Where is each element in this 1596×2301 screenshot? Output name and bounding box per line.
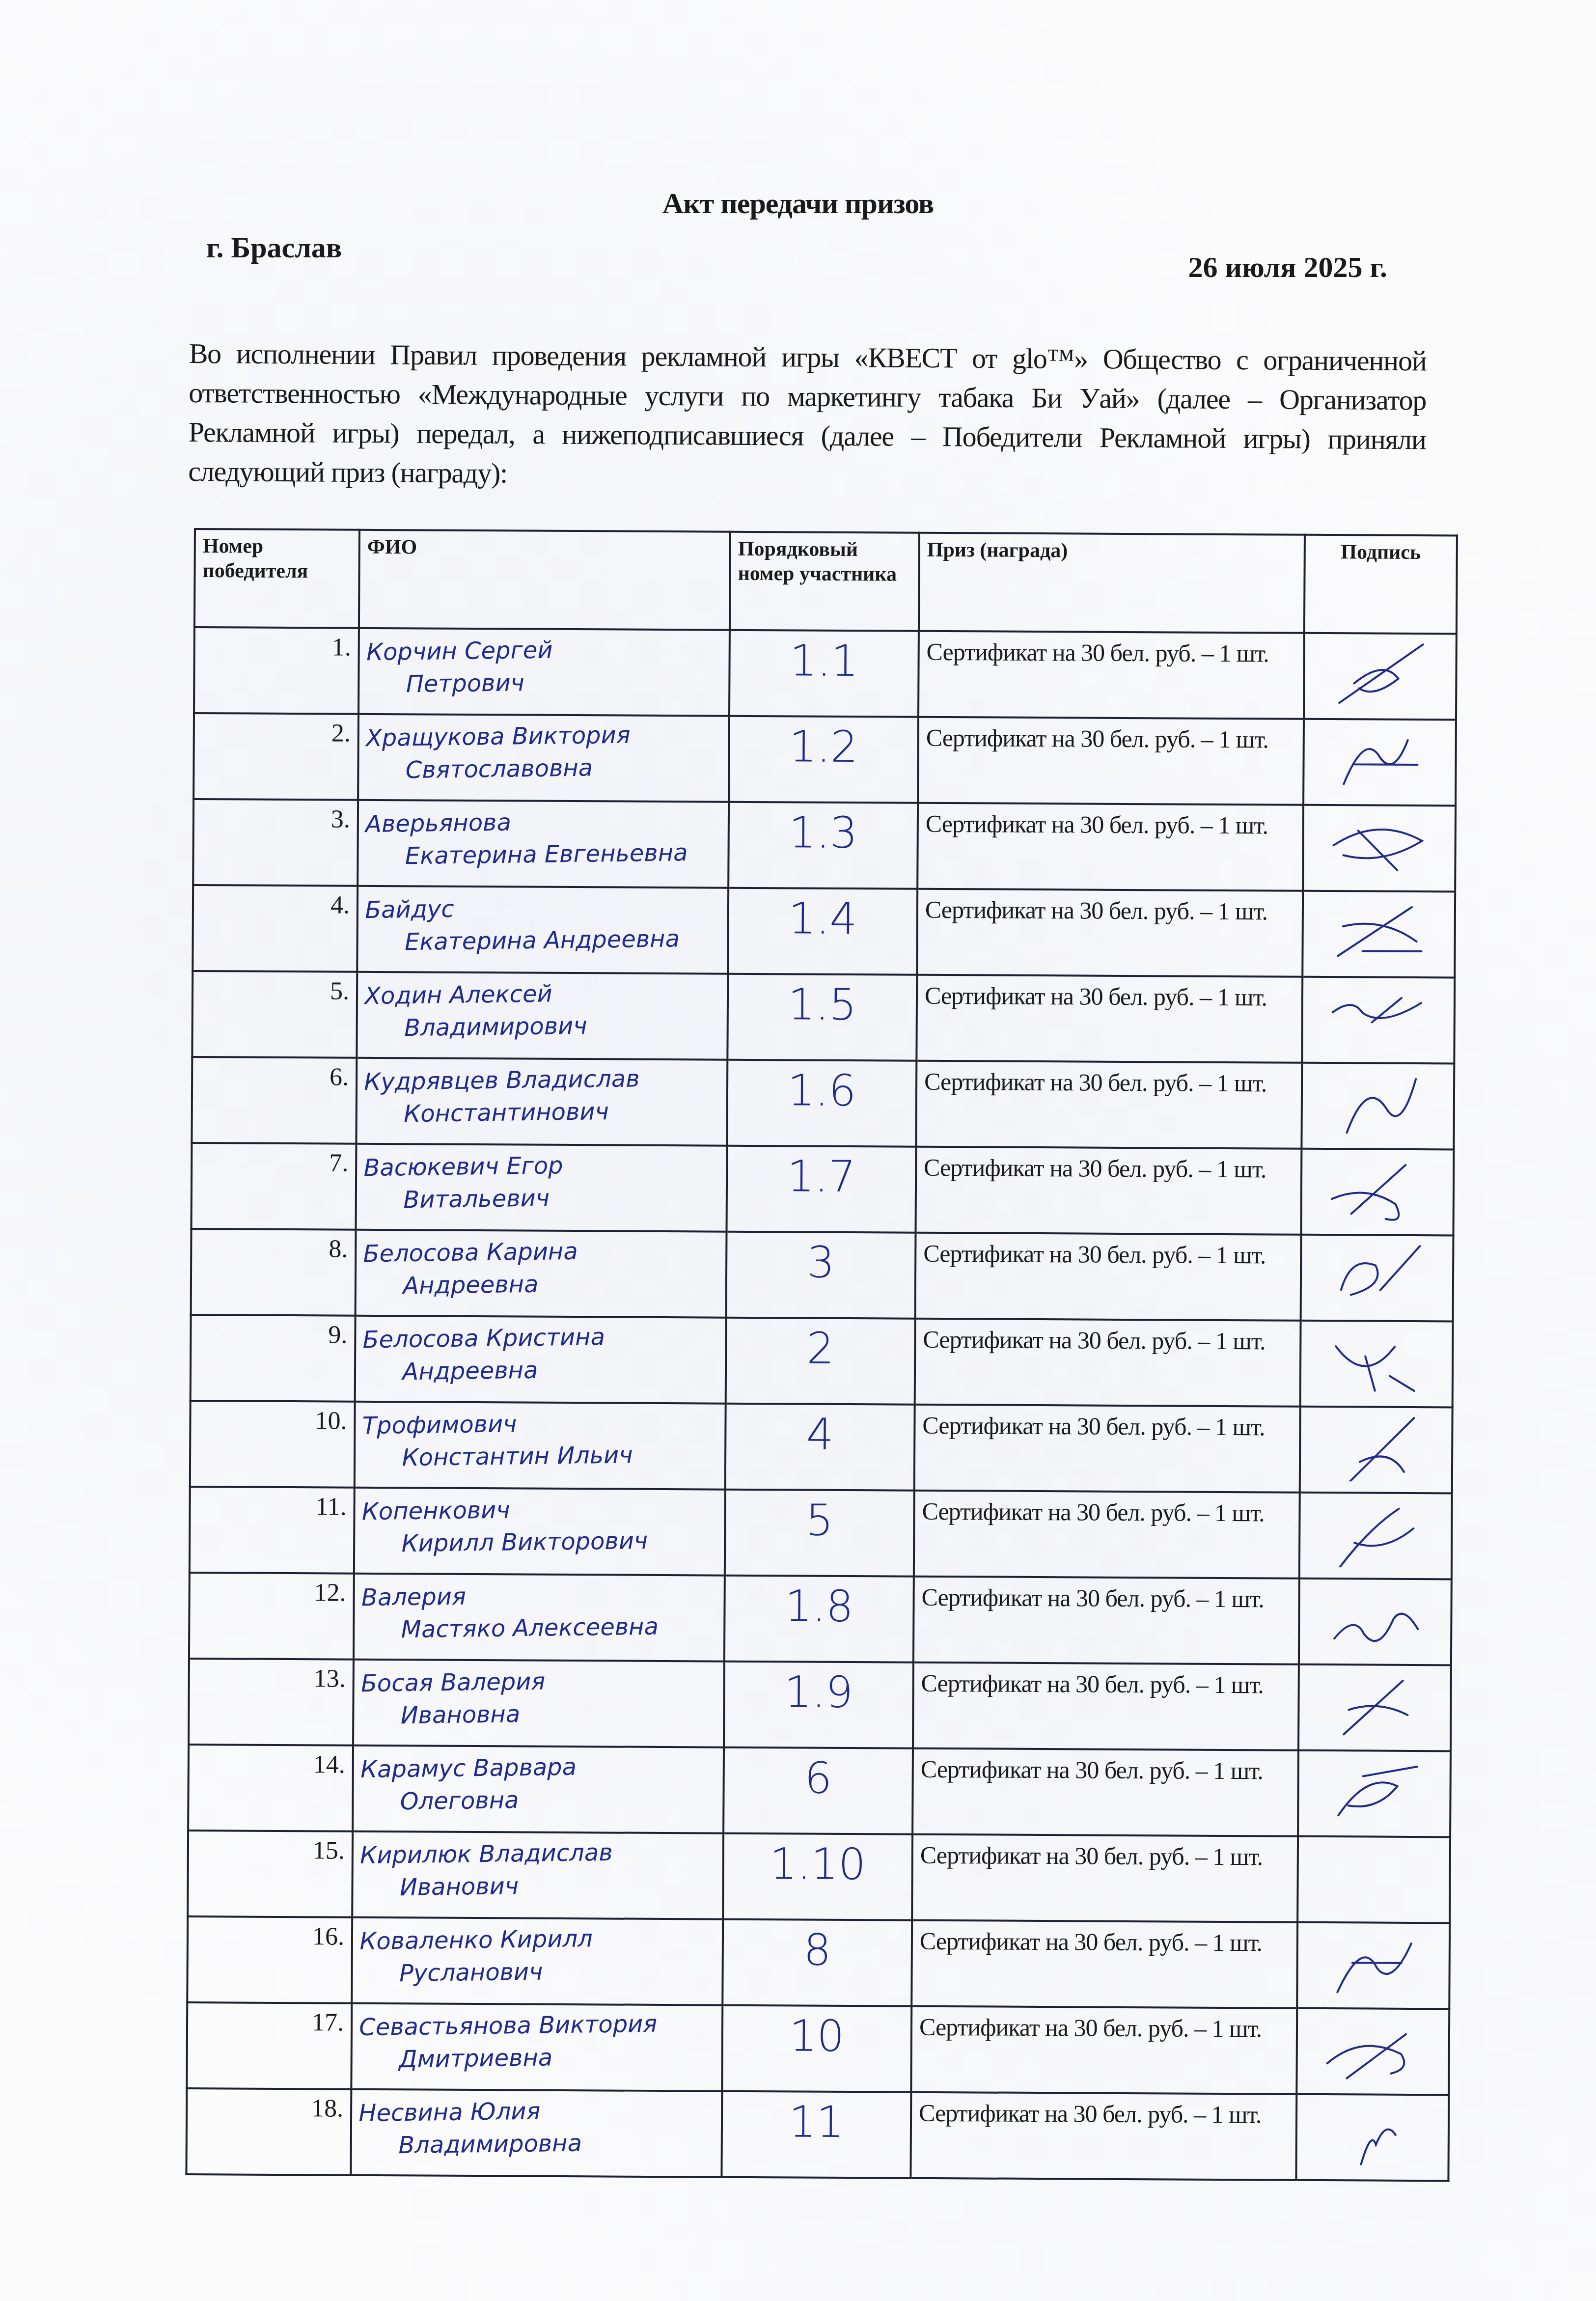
winner-full-name: Несвина ЮлияВладимировна — [351, 2088, 722, 2178]
winner-full-name: Карамус ВарвараОлеговна — [353, 1744, 724, 1834]
winner-name-line-1: Корчин Сергей — [366, 637, 553, 666]
winner-name-line-2: Русланович — [360, 1953, 715, 1990]
table-row: 11.КопенковичКирилл Викторович5Сертифика… — [190, 1487, 1452, 1579]
winner-name-line-1: Васюкевич Егор — [363, 1152, 563, 1182]
header-winner-number: Номер победителя — [194, 529, 359, 628]
awards-table: Номер победителя ФИО Порядковый номер уч… — [185, 528, 1458, 2182]
table-header-row: Номер победителя ФИО Порядковый номер уч… — [194, 529, 1457, 634]
winner-number: 3. — [193, 799, 358, 886]
prize-description: Сертификат на 30 бел. руб. – 1 шт. — [916, 975, 1302, 1063]
handwritten-signature-icon — [1322, 1155, 1431, 1224]
participant-number: 1.10 — [723, 1833, 912, 1920]
winner-name-line-1: Кудрявцев Владислав — [364, 1065, 640, 1096]
winner-number: 12. — [189, 1573, 354, 1660]
winner-number: 10. — [190, 1401, 355, 1488]
prize-description: Сертификат на 30 бел. руб. – 1 шт. — [910, 2092, 1296, 2180]
winner-full-name: Хращукова ВикторияСвятославовна — [358, 713, 730, 803]
participant-number: 1.7 — [727, 1146, 916, 1233]
header-signature: Подпись — [1304, 535, 1457, 634]
signature-cell — [1303, 805, 1456, 892]
signature-cell — [1299, 1493, 1452, 1580]
winner-full-name: Кудрявцев ВладиславКонстантинович — [356, 1056, 728, 1147]
signature-cell — [1297, 1922, 1450, 2009]
header-full-name: ФИО — [359, 530, 730, 630]
winner-name-line-2: Кирилл Викторович — [362, 1524, 717, 1560]
winner-full-name: Кирилюк ВладиславИванович — [352, 1830, 724, 1920]
signature-cell — [1297, 1836, 1450, 1923]
participant-number: 1.4 — [728, 888, 917, 975]
winner-number: 16. — [187, 1916, 352, 2003]
document-intro-paragraph: Во исполнении Правил проведения рекламно… — [188, 334, 1427, 499]
participant-number: 2 — [726, 1318, 915, 1405]
prize-description: Сертификат на 30 бел. руб. – 1 шт. — [914, 1491, 1300, 1579]
winner-name-line-2: Иванович — [360, 1867, 716, 1904]
participant-number: 1.6 — [727, 1060, 916, 1147]
participant-number: 5 — [725, 1490, 914, 1577]
participant-number: 1.2 — [729, 716, 918, 803]
winner-number: 11. — [190, 1487, 355, 1574]
signature-cell — [1304, 633, 1457, 720]
winner-name-line-1: Ходин Алексей — [364, 980, 552, 1010]
handwritten-signature-icon — [1321, 1241, 1430, 1310]
winner-number: 14. — [188, 1745, 353, 1831]
winner-name-line-2: Константин Ильич — [362, 1438, 718, 1474]
winner-full-name: Босая ВалерияИвановна — [353, 1658, 724, 1748]
table-row: 3.АверьяноваЕкатерина Евгеньевна1.3Серти… — [193, 799, 1456, 891]
winner-full-name: Белосова КаринаАндреевна — [355, 1228, 727, 1319]
signature-cell — [1303, 719, 1456, 806]
winner-name-line-2: Екатерина Евгеньевна — [366, 836, 721, 873]
participant-number: 10 — [722, 2005, 911, 2092]
winner-full-name: Севастьянова ВикторияДмитриевна — [351, 2002, 723, 2092]
winner-name-line-1: Копенкович — [361, 1496, 510, 1525]
winner-full-name: Белосова КристинаАндреевна — [355, 1314, 726, 1405]
prize-description: Сертификат на 30 бел. руб. – 1 шт. — [915, 1233, 1301, 1321]
signature-cell — [1302, 977, 1455, 1064]
handwritten-signature-icon — [1317, 2014, 1426, 2083]
table-row: 12.ВалерияМастяко Алексеевна1.8Сертифика… — [189, 1573, 1452, 1665]
table-row: 2.Хращукова ВикторияСвятославовна1.2Серт… — [193, 713, 1456, 805]
winner-full-name: Корчин СергейПетрович — [358, 627, 730, 717]
winner-name-line-2: Владимировна — [359, 2125, 715, 2162]
winner-name-line-2: Константинович — [364, 1094, 720, 1131]
handwritten-signature-icon — [1322, 1069, 1431, 1138]
signature-cell — [1301, 1235, 1454, 1322]
prize-description: Сертификат на 30 бел. руб. – 1 шт. — [911, 2006, 1297, 2094]
prize-description: Сертификат на 30 бел. руб. – 1 шт. — [918, 717, 1304, 805]
winner-full-name: Ходин АлексейВладимирович — [357, 970, 728, 1061]
participant-number: 11 — [721, 2091, 911, 2178]
table-row: 4.БайдусЕкатерина Андреевна1.4Сертификат… — [193, 885, 1455, 977]
winner-name-line-2: Олеговна — [360, 1781, 716, 1818]
handwritten-signature-icon — [1317, 2100, 1426, 2169]
winner-number: 9. — [191, 1315, 356, 1402]
signature-cell — [1296, 2008, 1449, 2095]
table-row: 5.Ходин АлексейВладимирович1.5Сертификат… — [192, 971, 1455, 1063]
document-date: 26 июля 2025 г. — [1188, 250, 1387, 284]
participant-number: 6 — [723, 1747, 913, 1834]
handwritten-signature-icon — [1323, 811, 1432, 880]
table-row: 8.Белосова КаринаАндреевна3Сертификат на… — [191, 1229, 1454, 1321]
winner-number: 18. — [186, 2088, 351, 2175]
winner-name-line-1: Кирилюк Владислав — [360, 1839, 613, 1869]
signature-cell — [1296, 2094, 1449, 2181]
signature-cell — [1301, 1149, 1454, 1236]
winner-name-line-2: Андреевна — [363, 1266, 719, 1303]
document-title: Акт передачи призов — [0, 187, 1596, 221]
table-row: 10.ТрофимовичКонстантин Ильич4Сертификат… — [190, 1401, 1453, 1493]
prize-description: Сертификат на 30 бел. руб. – 1 шт. — [912, 1748, 1298, 1836]
winner-name-line-2: Петрович — [366, 664, 722, 701]
table-row: 6.Кудрявцев ВладиславКонстантинович1.6Се… — [192, 1057, 1454, 1149]
prize-description: Сертификат на 30 бел. руб. – 1 шт. — [918, 631, 1304, 719]
prize-description: Сертификат на 30 бел. руб. – 1 шт. — [911, 1920, 1297, 2008]
winner-number: 6. — [192, 1057, 357, 1144]
winner-full-name: Васюкевич ЕгорВитальевич — [356, 1142, 727, 1233]
winner-number: 2. — [193, 713, 358, 800]
winner-full-name: Коваленко КириллРусланович — [352, 1916, 723, 2006]
handwritten-signature-icon — [1321, 1413, 1429, 1482]
winner-name-line-2: Екатерина Андреевна — [365, 922, 721, 959]
winner-name-line-2: Мастяко Алексеевна — [361, 1609, 717, 1646]
signature-cell — [1302, 891, 1455, 978]
winner-name-line-1: Несвина Юлия — [358, 2098, 541, 2128]
signature-cell — [1300, 1407, 1453, 1494]
table-row: 17.Севастьянова ВикторияДмитриевна10Серт… — [187, 2002, 1449, 2095]
winner-number: 7. — [192, 1143, 357, 1230]
winner-number: 15. — [188, 1830, 353, 1917]
winner-name-line-1: Байдус — [365, 895, 454, 924]
handwritten-signature-icon — [1323, 897, 1431, 966]
signature-cell — [1298, 1750, 1451, 1837]
winner-number: 4. — [193, 885, 358, 972]
winner-name-line-1: Хращукова Виктория — [366, 721, 631, 752]
winner-full-name: ТрофимовичКонстантин Ильич — [354, 1400, 726, 1491]
handwritten-signature-icon — [1320, 1584, 1428, 1654]
winner-name-line-1: Аверьянова — [365, 809, 511, 838]
winner-name-line-1: Валерия — [361, 1583, 467, 1612]
handwritten-signature-icon — [1320, 1498, 1429, 1568]
table-row: 14.Карамус ВарвараОлеговна6Сертификат на… — [188, 1745, 1451, 1837]
document-city: г. Браслав — [206, 231, 342, 265]
winner-name-line-2: Ивановна — [361, 1695, 716, 1732]
winner-name-line-1: Севастьянова Виктория — [359, 2010, 658, 2041]
winner-name-line-2: Святославовна — [366, 750, 721, 787]
winner-number: 8. — [191, 1229, 356, 1316]
participant-number: 3 — [726, 1232, 916, 1319]
signature-cell — [1301, 1063, 1454, 1150]
winner-number: 5. — [192, 971, 357, 1058]
header-participant-number: Порядковый номер участника — [730, 532, 919, 631]
signature-cell — [1300, 1321, 1453, 1408]
prize-description: Сертификат на 30 бел. руб. – 1 шт. — [912, 1834, 1298, 1922]
participant-number: 1.8 — [724, 1576, 914, 1663]
table-row: 13.Босая ВалерияИвановна1.9Сертификат на… — [189, 1659, 1451, 1751]
handwritten-signature-icon — [1319, 1756, 1427, 1826]
prize-description: Сертификат на 30 бел. руб. – 1 шт. — [916, 1061, 1302, 1149]
participant-number: 4 — [725, 1404, 915, 1491]
winner-name-line-2: Владимирович — [365, 1008, 720, 1045]
winner-full-name: ВалерияМастяко Алексеевна — [353, 1572, 725, 1663]
handwritten-signature-icon — [1318, 1928, 1426, 1997]
winner-name-line-1: Трофимович — [362, 1410, 517, 1440]
participant-number: 1.9 — [724, 1662, 913, 1748]
handwritten-signature-icon — [1324, 639, 1433, 708]
winner-number: 17. — [187, 2002, 352, 2089]
participant-number: 8 — [722, 1919, 912, 2006]
winner-name-line-1: Коваленко Кирилл — [359, 1925, 593, 1955]
winner-name-line-1: Белосова Карина — [363, 1238, 578, 1268]
winner-name-line-1: Босая Валерия — [361, 1668, 546, 1698]
winner-full-name: КопенковичКирилл Викторович — [354, 1486, 725, 1577]
handwritten-signature-icon — [1322, 983, 1431, 1052]
winner-name-line-1: Карамус Варвара — [360, 1753, 577, 1783]
handwritten-signature-icon — [1324, 725, 1432, 794]
winner-number: 13. — [189, 1659, 354, 1746]
table-row: 7.Васюкевич ЕгорВитальевич1.7Сертификат … — [192, 1143, 1454, 1235]
prize-description: Сертификат на 30 бел. руб. – 1 шт. — [914, 1405, 1300, 1493]
participant-number: 1.5 — [727, 974, 917, 1061]
header-prize: Приз (награда) — [919, 533, 1305, 633]
table-row: 1.Корчин СергейПетрович1.1Сертификат на … — [194, 627, 1457, 720]
table-row: 15.Кирилюк ВладиславИванович1.10Сертифик… — [188, 1830, 1450, 1923]
handwritten-signature-icon — [1319, 1670, 1428, 1740]
signature-cell — [1298, 1664, 1451, 1751]
winner-name-line-2: Витальевич — [364, 1180, 719, 1217]
prize-description: Сертификат на 30 бел. руб. – 1 шт. — [913, 1663, 1299, 1750]
winner-full-name: АверьяноваЕкатерина Евгеньевна — [358, 799, 729, 889]
table-row: 18.Несвина ЮлияВладимировна11Сертификат … — [186, 2088, 1449, 2181]
handwritten-signature-icon — [1321, 1327, 1430, 1396]
winner-name-line-2: Андреевна — [363, 1352, 718, 1388]
winner-full-name: БайдусЕкатерина Андреевна — [357, 885, 729, 975]
participant-number: 1.3 — [728, 802, 918, 889]
prize-description: Сертификат на 30 бел. руб. – 1 шт. — [917, 803, 1303, 891]
prize-description: Сертификат на 30 бел. руб. – 1 шт. — [915, 1319, 1301, 1407]
winner-name-line-2: Дмитриевна — [359, 2039, 715, 2076]
table-row: 9.Белосова КристинаАндреевна2Сертификат … — [191, 1315, 1453, 1407]
winner-name-line-1: Белосова Кристина — [362, 1323, 605, 1354]
winner-number: 1. — [194, 627, 359, 714]
participant-number: 1.1 — [729, 630, 919, 717]
signature-cell — [1299, 1579, 1452, 1665]
prize-description: Сертификат на 30 бел. руб. – 1 шт. — [913, 1577, 1299, 1664]
table-row: 16.Коваленко КириллРусланович8Сертификат… — [187, 1916, 1450, 2009]
prize-description: Сертификат на 30 бел. руб. – 1 шт. — [917, 889, 1303, 977]
prize-description: Сертификат на 30 бел. руб. – 1 шт. — [916, 1147, 1302, 1235]
